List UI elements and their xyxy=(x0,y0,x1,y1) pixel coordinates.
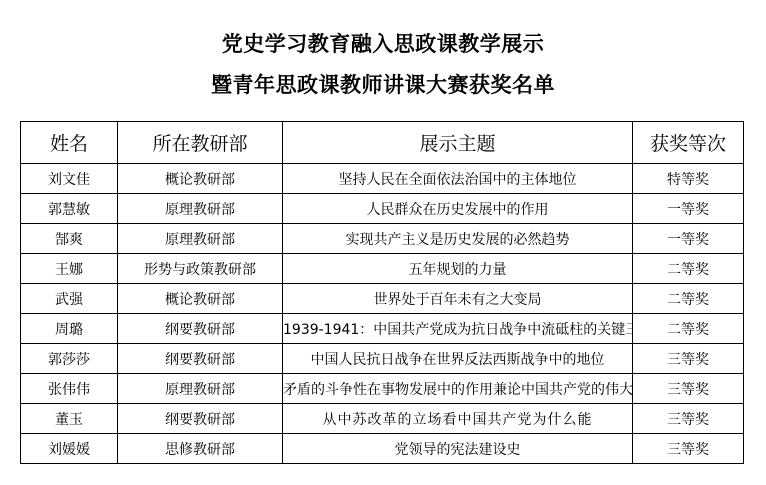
cell-topic: 中国人民抗日战争在世界反法西斯战争中的地位 xyxy=(283,344,633,374)
cell-name: 王娜 xyxy=(21,254,118,284)
cell-award: 特等奖 xyxy=(633,164,744,194)
cell-department: 原理教研部 xyxy=(118,194,283,224)
table-row: 王娜 形势与政策教研部 五年规划的力量 二等奖 xyxy=(21,254,744,284)
cell-department: 概论教研部 xyxy=(118,164,283,194)
cell-name: 张伟伟 xyxy=(21,374,118,404)
cell-name: 郜爽 xyxy=(21,224,118,254)
cell-award: 三等奖 xyxy=(633,344,744,374)
cell-name: 刘媛媛 xyxy=(21,434,118,464)
cell-topic: 世界处于百年未有之大变局 xyxy=(283,284,633,314)
table-row: 郭莎莎 纲要教研部 中国人民抗日战争在世界反法西斯战争中的地位 三等奖 xyxy=(21,344,744,374)
cell-name: 刘文佳 xyxy=(21,164,118,194)
table-row: 郜爽 原理教研部 实现共产主义是历史发展的必然趋势 一等奖 xyxy=(21,224,744,254)
table-header-row: 姓名 所在教研部 展示主题 获奖等次 xyxy=(21,122,744,164)
cell-award: 一等奖 xyxy=(633,224,744,254)
header-department: 所在教研部 xyxy=(118,122,283,164)
cell-topic: 实现共产主义是历史发展的必然趋势 xyxy=(283,224,633,254)
table-row: 武强 概论教研部 世界处于百年未有之大变局 二等奖 xyxy=(21,284,744,314)
table-row: 张伟伟 原理教研部 矛盾的斗争性在事物发展中的作用兼论中国共产党的伟大斗争 三等… xyxy=(21,374,744,404)
document-title-line-1: 党史学习教育融入思政课教学展示 xyxy=(0,28,766,58)
table-row: 周璐 纲要教研部 1939-1941：中国共产党成为抗日战争中流砥柱的关键三年 … xyxy=(21,314,744,344)
cell-topic: 坚持人民在全面依法治国中的主体地位 xyxy=(283,164,633,194)
cell-department: 原理教研部 xyxy=(118,374,283,404)
cell-topic: 党领导的宪法建设史 xyxy=(283,434,633,464)
cell-award: 一等奖 xyxy=(633,194,744,224)
cell-award: 三等奖 xyxy=(633,404,744,434)
cell-name: 董玉 xyxy=(21,404,118,434)
table-row: 董玉 纲要教研部 从中苏改革的立场看中国共产党为什么能 三等奖 xyxy=(21,404,744,434)
table-row: 刘媛媛 思修教研部 党领导的宪法建设史 三等奖 xyxy=(21,434,744,464)
cell-department: 纲要教研部 xyxy=(118,344,283,374)
cell-topic: 从中苏改革的立场看中国共产党为什么能 xyxy=(283,404,633,434)
cell-department: 思修教研部 xyxy=(118,434,283,464)
cell-department: 原理教研部 xyxy=(118,224,283,254)
cell-award: 二等奖 xyxy=(633,254,744,284)
cell-department: 纲要教研部 xyxy=(118,404,283,434)
cell-award: 三等奖 xyxy=(633,434,744,464)
cell-award: 二等奖 xyxy=(633,284,744,314)
cell-name: 周璐 xyxy=(21,314,118,344)
cell-department: 概论教研部 xyxy=(118,284,283,314)
cell-name: 郭慧敏 xyxy=(21,194,118,224)
header-award: 获奖等次 xyxy=(633,122,744,164)
cell-department: 形势与政策教研部 xyxy=(118,254,283,284)
header-topic: 展示主题 xyxy=(283,122,633,164)
cell-department: 纲要教研部 xyxy=(118,314,283,344)
cell-topic: 五年规划的力量 xyxy=(283,254,633,284)
cell-topic: 1939-1941：中国共产党成为抗日战争中流砥柱的关键三年 xyxy=(283,314,633,344)
table-row: 郭慧敏 原理教研部 人民群众在历史发展中的作用 一等奖 xyxy=(21,194,744,224)
document-title-line-2: 暨青年思政课教师讲课大赛获奖名单 xyxy=(0,69,766,99)
table-row: 刘文佳 概论教研部 坚持人民在全面依法治国中的主体地位 特等奖 xyxy=(21,164,744,194)
cell-topic: 人民群众在历史发展中的作用 xyxy=(283,194,633,224)
cell-name: 武强 xyxy=(21,284,118,314)
cell-topic: 矛盾的斗争性在事物发展中的作用兼论中国共产党的伟大斗争 xyxy=(283,374,633,404)
cell-award: 二等奖 xyxy=(633,314,744,344)
cell-award: 三等奖 xyxy=(633,374,744,404)
cell-name: 郭莎莎 xyxy=(21,344,118,374)
award-list-table: 姓名 所在教研部 展示主题 获奖等次 刘文佳 概论教研部 坚持人民在全面依法治国… xyxy=(20,121,744,464)
header-name: 姓名 xyxy=(21,122,118,164)
